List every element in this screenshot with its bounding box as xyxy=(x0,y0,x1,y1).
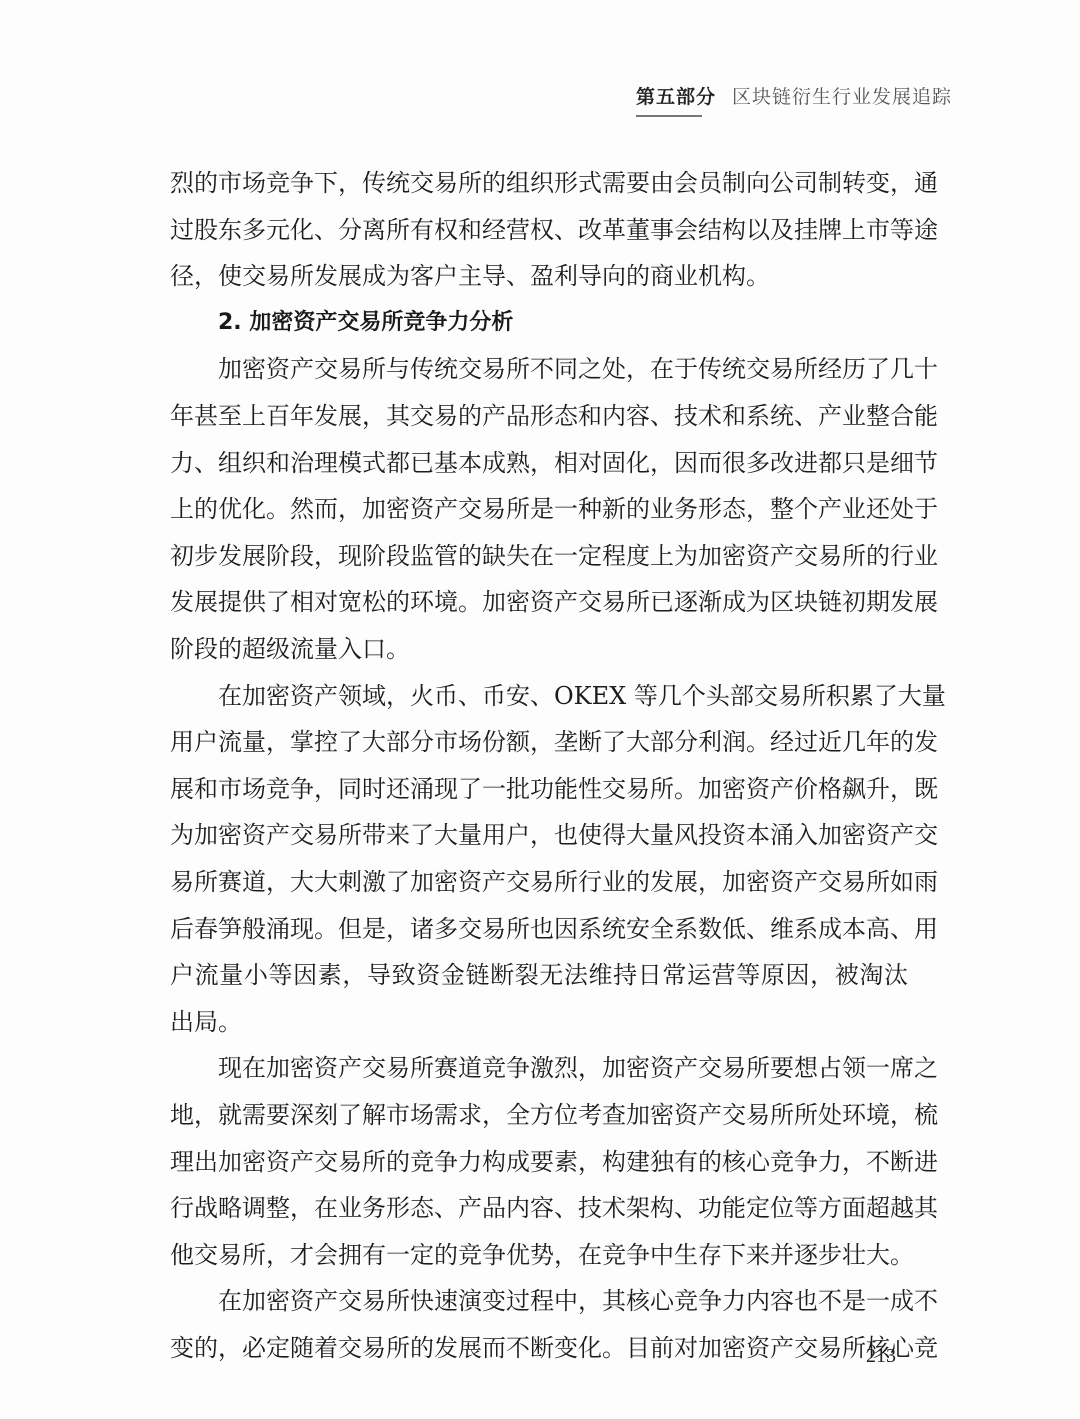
section-title: 区块链衍生行业发展追踪 xyxy=(732,86,952,108)
paragraph-line: 阶段的超级流量入口。 xyxy=(170,631,908,667)
paragraph-line: 后春笋般涌现。但是，诸多交易所也因系统安全系数低、维系成本高、用 xyxy=(170,911,908,947)
paragraph-line: 变的，必定随着交易所的发展而不断变化。目前对加密资产交易所核心竞 xyxy=(170,1330,908,1366)
book-page: 第五部分区块链衍生行业发展追踪 烈的市场竞争下，传统交易所的组织形式需要由会员制… xyxy=(0,0,1080,1419)
paragraph-line: 烈的市场竞争下，传统交易所的组织形式需要由会员制向公司制转变，通 xyxy=(170,165,908,201)
paragraph-line: 力、组织和治理模式都已基本成熟，相对固化，因而很多改进都只是细节 xyxy=(170,445,908,481)
paragraph-line: 户流量小等因素，导致资金链断裂无法维持日常运营等原因，被淘汰 xyxy=(170,957,908,993)
paragraph-line: 展和市场竞争，同时还涌现了一批功能性交易所。加密资产价格飙升，既 xyxy=(170,771,908,807)
paragraph-line: 在加密资产领域，火币、币安、OKEX 等几个头部交易所积累了大量 xyxy=(218,678,908,714)
paragraph-line: 用户流量，掌控了大部分市场份额，垄断了大部分利润。经过近几年的发 xyxy=(170,724,908,760)
paragraph-line: 上的优化。然而，加密资产交易所是一种新的业务形态，整个产业还处于 xyxy=(170,491,908,527)
page-number: 213 xyxy=(866,1345,896,1368)
paragraph-line: 他交易所，才会拥有一定的竞争优势，在竞争中生存下来并逐步壮大。 xyxy=(170,1237,908,1273)
paragraph-line: 为加密资产交易所带来了大量用户，也使得大量风投资本涌入加密资产交 xyxy=(170,817,908,853)
section-part-label: 第五部分 xyxy=(636,86,716,108)
paragraph-line: 理出加密资产交易所的竞争力构成要素，构建独有的核心竞争力，不断进 xyxy=(170,1144,908,1180)
paragraph-line: 年甚至上百年发展，其交易的产品形态和内容、技术和系统、产业整合能 xyxy=(170,398,908,434)
paragraph-line: 出局。 xyxy=(170,1004,908,1040)
paragraph-line: 行战略调整，在业务形态、产品内容、技术架构、功能定位等方面超越其 xyxy=(170,1190,908,1226)
paragraph-line: 在加密资产交易所快速演变过程中，其核心竞争力内容也不是一成不 xyxy=(218,1283,908,1319)
paragraph-line: 地，就需要深刻了解市场需求，全方位考查加密资产交易所所处环境，梳 xyxy=(170,1097,908,1133)
paragraph-line: 发展提供了相对宽松的环境。加密资产交易所已逐渐成为区块链初期发展 xyxy=(170,584,908,620)
paragraph-line: 加密资产交易所与传统交易所不同之处，在于传统交易所经历了几十 xyxy=(218,351,908,387)
paragraph-line: 易所赛道，大大刺激了加密资产交易所行业的发展，加密资产交易所如雨 xyxy=(170,864,908,900)
paragraph-line: 径，使交易所发展成为客户主导、盈利导向的商业机构。 xyxy=(170,258,908,294)
running-header: 第五部分区块链衍生行业发展追踪 xyxy=(636,82,952,109)
paragraph-line: 现在加密资产交易所赛道竞争激烈，加密资产交易所要想占领一席之 xyxy=(218,1050,908,1086)
subheading: 2. 加密资产交易所竞争力分析 xyxy=(218,305,513,341)
header-underline xyxy=(636,115,702,117)
paragraph-line: 过股东多元化、分离所有权和经营权、改革董事会结构以及挂牌上市等途 xyxy=(170,212,908,248)
paragraph-line: 初步发展阶段，现阶段监管的缺失在一定程度上为加密资产交易所的行业 xyxy=(170,538,908,574)
